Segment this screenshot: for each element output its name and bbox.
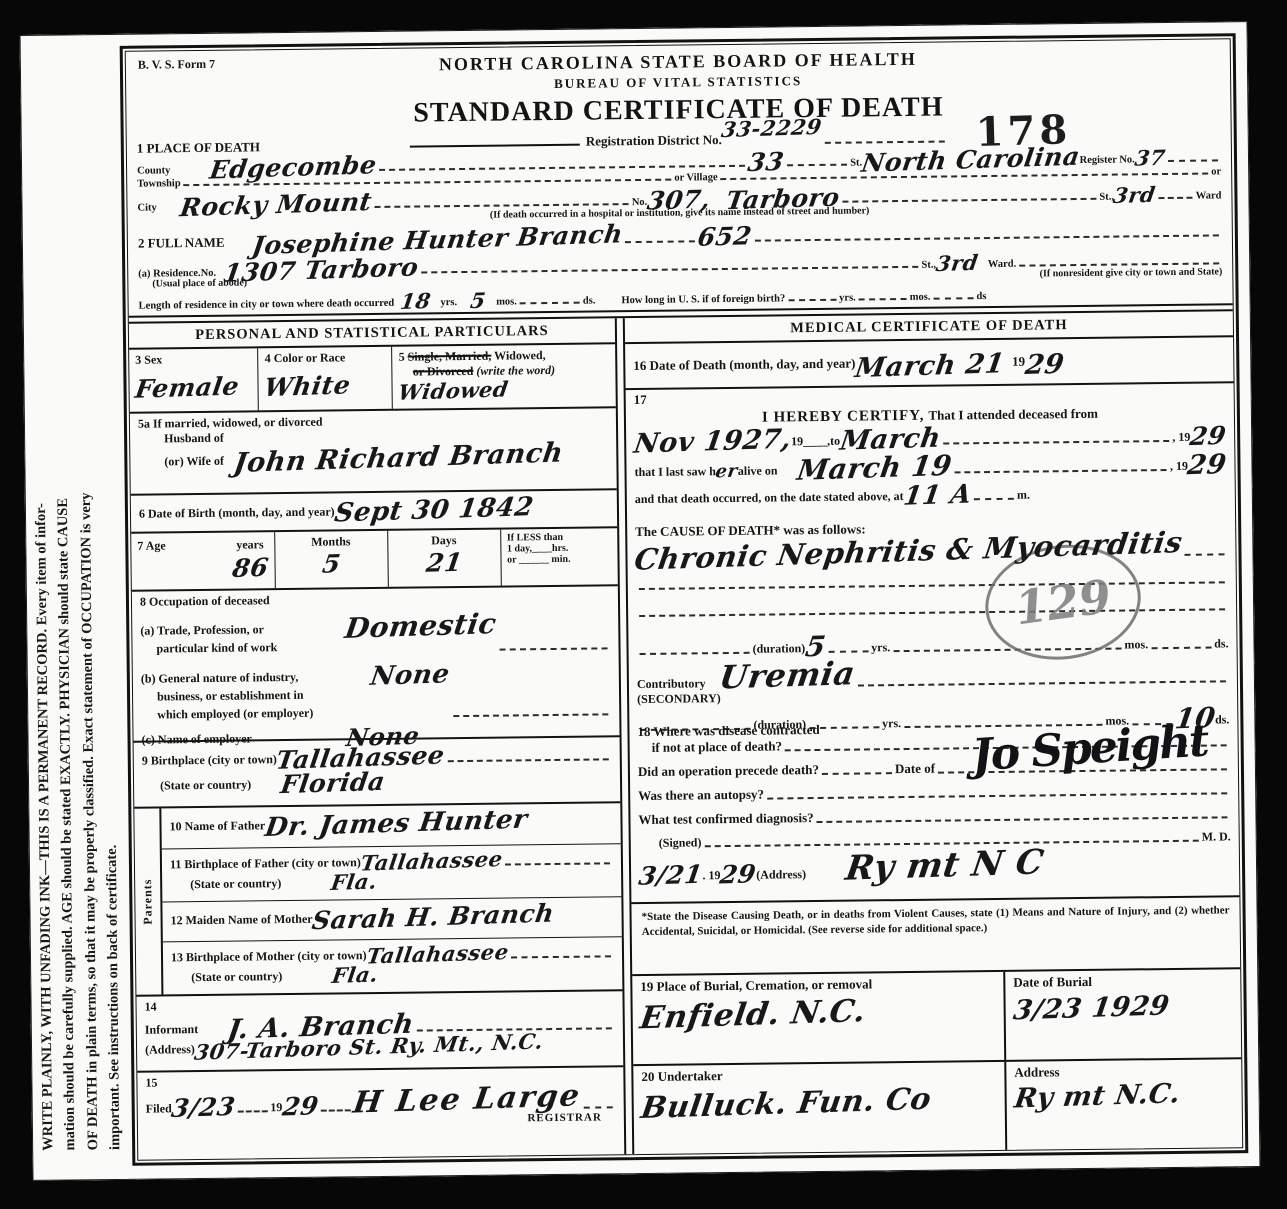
yrs-label: yrs. xyxy=(440,297,457,308)
duration-label: (duration) xyxy=(752,641,805,657)
occupation-a-label: (a) Trade, Profession, or xyxy=(140,622,264,637)
full-name-extra: 652 xyxy=(696,225,753,248)
full-name-value: Josephine Hunter Branch xyxy=(250,223,624,256)
test-question: What test confirmed diagnosis? xyxy=(638,810,813,828)
sign-date-year: 29 xyxy=(719,863,758,885)
occupation-label: 8 Occupation of deceased xyxy=(140,589,610,609)
m-label: m. xyxy=(1017,488,1030,503)
undertaker-value: Bulluck. Fun. Co xyxy=(639,1087,932,1122)
printed-19: 19 xyxy=(270,1100,282,1115)
certificate-form: B. V. S. Form 7 178 NORTH CAROLINA STATE… xyxy=(120,33,1249,1166)
certify-rest: That I attended deceased from xyxy=(928,406,1098,423)
form-code: B. V. S. Form 7 xyxy=(138,57,215,73)
q18-label-line2: if not at place of death? xyxy=(652,738,783,755)
undertaker-address-value: Ry mt N.C. xyxy=(1013,1083,1182,1111)
informant-label: Informant xyxy=(145,1022,199,1038)
spouse-value: John Richard Branch xyxy=(232,442,564,476)
last-saw-pre: that I last saw h xyxy=(634,464,716,480)
dashed-line xyxy=(825,140,945,144)
left-margin: WRITE PLAINLY, WITH UNFADING INK—THIS IS… xyxy=(20,34,133,1181)
occupation-a-value: Domestic xyxy=(343,612,498,641)
state-value: North Carolina xyxy=(860,146,1081,174)
signed-label: (Signed) xyxy=(659,835,702,850)
mother-name-value: Sarah H. Branch xyxy=(311,902,556,931)
informant-address-label: (Address) xyxy=(145,1042,195,1058)
md-label: M. D. xyxy=(1202,829,1231,844)
spouse-label-3: (or) Wife of xyxy=(164,454,224,470)
filed-year-value: 29 xyxy=(281,1095,320,1117)
or-label: or xyxy=(1211,166,1221,177)
autopsy-question: Was there an autopsy? xyxy=(638,787,764,804)
marital-value: Widowed xyxy=(398,380,510,401)
comma-19: , 19 xyxy=(1172,430,1190,445)
burial-place-label: 19 Place of Burial, Cremation, or remova… xyxy=(640,975,995,995)
ward-value: 3rd xyxy=(1113,186,1158,205)
printed-19: 19 xyxy=(1012,354,1025,370)
race-value: White xyxy=(263,374,352,398)
dob-label: 6 Date of Birth (month, day, and year) xyxy=(139,504,335,521)
occupation-b-label: (b) General nature of industry, xyxy=(141,670,299,686)
date-of-death-value: March 21 xyxy=(854,353,1006,381)
register-label: Register No. xyxy=(1080,154,1135,166)
marital-number: 5 xyxy=(399,350,405,364)
last-saw-post: alive on xyxy=(738,463,778,478)
date-of-label: Date of xyxy=(895,761,935,777)
sign-date-19: . 19 xyxy=(702,868,720,883)
burial-date-label: Date of Burial xyxy=(1013,972,1232,990)
sex-value: Female xyxy=(134,375,241,400)
date-of-death-year: 29 xyxy=(1023,353,1065,377)
birthplace-label: 9 Birthplace (city or town) xyxy=(142,752,277,769)
ds-label: ds. xyxy=(583,295,596,306)
village-label: or Village xyxy=(674,172,717,183)
registrar-signature: H Lee Large xyxy=(351,1083,582,1116)
township-label: Township xyxy=(137,178,181,189)
underline xyxy=(410,143,580,148)
death-time-value: 11 A xyxy=(902,484,973,508)
burial-date-value: 3/23 1929 xyxy=(1012,995,1171,1023)
county-label: County xyxy=(137,165,170,176)
length-of-residence-label: Length of residence in city or town wher… xyxy=(139,298,395,312)
city-label: City xyxy=(137,202,156,213)
district-number: 33 xyxy=(747,151,786,173)
foreign-birth-label: How long in U. S. if of foreign birth? xyxy=(621,293,785,306)
comma-19: , 19 xyxy=(1170,459,1188,474)
ward-label: Ward xyxy=(1196,190,1222,201)
death-occurred-label: and that death occurred, on the date sta… xyxy=(635,489,904,507)
ds-label: ds xyxy=(976,291,986,302)
house-number: 307, xyxy=(646,189,712,212)
marital-struck-divorced: or Divorced xyxy=(413,364,474,379)
if-less-line3: or ______ min. xyxy=(507,553,612,565)
county-value: Edgecombe xyxy=(209,154,379,181)
sign-address-label: (Address) xyxy=(756,867,806,883)
sex-label: 3 Sex xyxy=(135,351,252,367)
contributory-label: Contributory xyxy=(637,676,706,692)
undertaker-label: 20 Undertaker xyxy=(641,1065,996,1085)
race-label: 4 Color or Race xyxy=(265,350,386,366)
last-saw-year: 29 xyxy=(1186,454,1228,478)
state-or-country-label: (State or country) xyxy=(190,876,281,892)
state-or-country-label: (State or country) xyxy=(160,777,251,793)
yrs-label: yrs. xyxy=(871,640,890,655)
marital-widowed-option: Widowed, xyxy=(494,348,546,363)
register-value: 37 xyxy=(1133,149,1166,168)
contributory-value: Uremia xyxy=(717,660,856,692)
months-label: Months xyxy=(281,534,381,550)
burial-place-value: Enfield. N.C. xyxy=(638,998,867,1032)
birthplace-state-value: Florida xyxy=(279,771,386,796)
mother-name-label: 12 Maiden Name of Mother xyxy=(171,911,313,928)
residence-value: 1307 Tarboro xyxy=(222,256,420,284)
age-days-value: 21 xyxy=(425,552,464,574)
mother-birthplace-state: Fla. xyxy=(331,966,380,985)
reg-district-value: 33-2229 xyxy=(720,118,823,139)
age-years-value: 86 xyxy=(231,557,270,579)
sign-address-value: Ry mt N C xyxy=(844,848,1046,883)
street-value: Tarboro xyxy=(724,187,841,212)
filed-date-value: 3/23 xyxy=(170,1096,237,1119)
marital-struck-options: Single, Married, xyxy=(408,349,492,364)
father-birthplace-state: Fla. xyxy=(330,872,379,891)
age-label: 7 Age xyxy=(137,538,166,553)
marital-note: (write the word) xyxy=(476,363,555,378)
nonresident-note: (If nonresident give city or town and St… xyxy=(1040,266,1223,279)
occupation-b-value: None xyxy=(369,663,451,688)
mos-label: mos. xyxy=(496,296,517,307)
years-label: years xyxy=(236,537,263,551)
mos-label: mos. xyxy=(910,292,931,303)
father-name-label: 10 Name of Father xyxy=(169,818,265,834)
last-saw-value: March 19 xyxy=(796,454,954,483)
dob-value: Sept 30 1842 xyxy=(333,496,535,525)
sign-date-value: 3/21 xyxy=(637,864,704,887)
cause-footnote: *State the Disease Causing Death, or in … xyxy=(631,897,1240,976)
mother-birthplace-value: Tallahassee xyxy=(365,943,510,965)
city-value: Rocky Mount xyxy=(179,191,374,218)
undertaker-address-label: Address xyxy=(1014,1062,1233,1080)
last-saw-her: er xyxy=(715,464,739,480)
date-of-death-label: 16 Date of Death (month, day, and year) xyxy=(633,356,855,375)
length-years-value: 18 xyxy=(399,292,432,311)
state-or-country-label: (State or country) xyxy=(191,969,282,985)
yrs-label: yrs. xyxy=(839,293,856,304)
full-name-label: 2 FULL NAME xyxy=(138,235,225,252)
medical-certificate-column: MEDICAL CERTIFICATE OF DEATH 16 Date of … xyxy=(625,311,1242,1154)
days-label: Days xyxy=(394,533,494,549)
parents-group-label: Parents xyxy=(134,808,163,994)
no-label: No. xyxy=(632,197,648,208)
mos-label: mos. xyxy=(1124,637,1148,652)
margin-note: WRITE PLAINLY, WITH UNFADING INK—THIS IS… xyxy=(25,64,127,1151)
length-months-value: 5 xyxy=(470,292,488,310)
filed-label: Filed xyxy=(146,1101,172,1116)
attended-to-year: 29 xyxy=(1189,425,1228,447)
father-name-value: Dr. James Hunter xyxy=(263,809,528,840)
scanned-certificate: WRITE PLAINLY, WITH UNFADING INK—THIS IS… xyxy=(20,21,1261,1181)
printed-19-blank: 19____, xyxy=(791,434,830,449)
operation-question: Did an operation precede death? xyxy=(638,762,819,780)
ds-label: ds. xyxy=(1214,636,1229,651)
age-months-value: 5 xyxy=(321,553,342,575)
attended-from-value: Nov 1927, xyxy=(632,429,793,457)
father-birthplace-value: Tallahassee xyxy=(359,850,504,872)
reg-district-label: Registration District No. xyxy=(586,132,722,150)
personal-particulars-column: PERSONAL AND STATISTICAL PARTICULARS 3 S… xyxy=(129,318,624,1159)
residence-ward-value: 3rd xyxy=(935,254,980,273)
